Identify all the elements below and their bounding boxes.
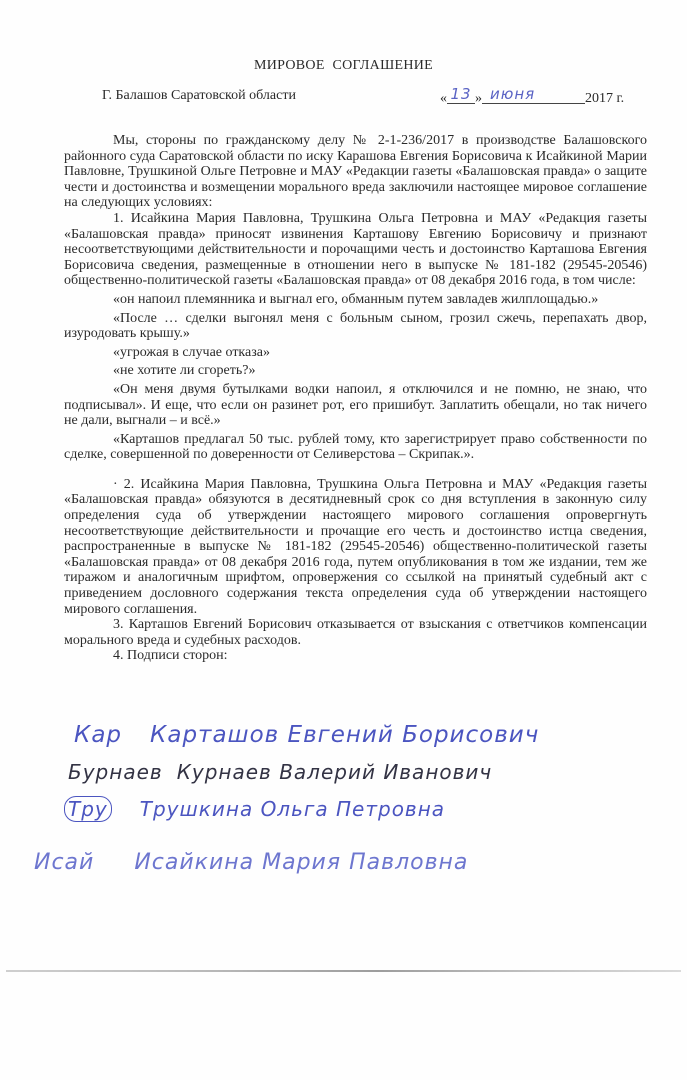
document-title: МИРОВОЕ СОГЛАШЕНИЕ	[0, 58, 687, 74]
clause-4: 4. Подписи сторон:	[64, 648, 647, 664]
signature-isaikina: ИсайИсайкина Мария Павловна	[34, 850, 468, 875]
signature-mark: Кар	[74, 722, 122, 748]
quote-4: «не хотите ли сгореть?»	[64, 363, 647, 379]
quote-1: «он напоил племянника и выгнал его, обма…	[64, 292, 647, 308]
signature-name: Трушкина Ольга Петровна	[140, 797, 445, 821]
date-month-handwritten: июня	[482, 85, 585, 104]
signature-name: Карташов Евгений Борисович	[150, 722, 539, 748]
signature-mark: Бурнаев	[68, 760, 163, 784]
signature-name: Исайкина Мария Павловна	[134, 850, 468, 875]
date-day-handwritten: 13	[447, 85, 475, 104]
preamble-paragraph: Мы, стороны по гражданскому делу № 2-1-2…	[64, 133, 647, 211]
signature-trushkina: ТруТрушкина Ольга Петровна	[64, 796, 445, 822]
spacer	[64, 463, 647, 477]
date-year: 2017 г.	[585, 91, 624, 106]
clause-2: · 2. Исайкина Мария Павловна, Трушкина О…	[64, 477, 647, 617]
date-close-quote: »	[475, 91, 482, 106]
clause-3: 3. Карташов Евгений Борисович отказывает…	[64, 617, 647, 648]
quote-5: «Он меня двумя бутылками водки напоил, я…	[64, 382, 647, 429]
document-body: Мы, стороны по гражданскому делу № 2-1-2…	[64, 133, 647, 664]
document-place: Г. Балашов Саратовской области	[102, 88, 296, 104]
quote-2: «После … сделки выгонял меня с больным с…	[64, 311, 647, 342]
signature-name: Курнаев Валерий Иванович	[177, 760, 493, 784]
signature-kartashov: КарКарташов Евгений Борисович	[74, 722, 539, 748]
document-date: «13»июня2017 г.	[440, 88, 624, 107]
scan-edge-line	[6, 970, 681, 972]
clause-1: 1. Исайкина Мария Павловна, Трушкина Оль…	[64, 211, 647, 289]
quote-3: «угрожая в случае отказа»	[64, 345, 647, 361]
signature-mark: Тру	[64, 796, 112, 822]
date-open-quote: «	[440, 91, 447, 106]
signature-kurnaev: БурнаевКурнаев Валерий Иванович	[68, 760, 492, 784]
signature-mark: Исай	[34, 850, 94, 875]
scanned-document-page: МИРОВОЕ СОГЛАШЕНИЕ Г. Балашов Саратовско…	[0, 0, 687, 1080]
quote-6: «Карташов предлагал 50 тыс. рублей тому,…	[64, 432, 647, 463]
